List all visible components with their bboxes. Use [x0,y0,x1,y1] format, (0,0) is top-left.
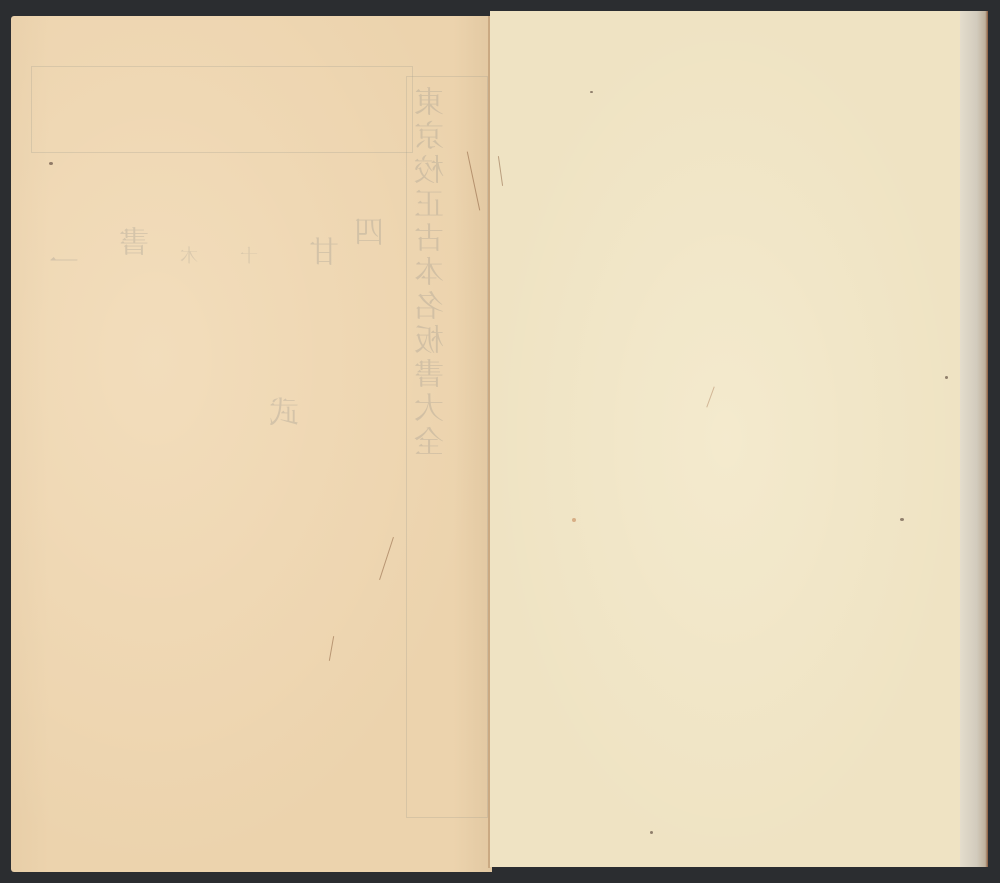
paper-fiber [498,156,503,186]
ghost-column: 四 [356,216,390,250]
ghost-column: 武 [271,396,305,430]
paper-fiber [706,386,714,407]
left-page: 東京校正古本名板書大全 四 甘 書 木 十 武 一 [11,16,492,872]
paper-speck [900,518,904,521]
ghost-column: 一 [51,246,85,280]
ghost-column: 十 [241,246,261,268]
ghost-column: 書 [121,226,155,260]
paper-speck [572,518,576,522]
image-caption: Open spread of an old East Asian woodblo… [0,0,1,1]
right-page [490,11,962,867]
paper-speck [590,91,593,93]
paper-speck [49,162,53,165]
fore-edge [960,11,988,867]
ghost-title-frame [31,66,413,153]
ghost-title-column: 東京校正古本名板書大全 [416,86,450,460]
paper-fiber [379,537,394,580]
paper-fiber [329,636,334,661]
paper-speck [650,831,653,834]
ghost-column: 甘 [311,236,345,270]
ghost-column: 木 [181,246,201,268]
paper-speck [945,376,948,379]
